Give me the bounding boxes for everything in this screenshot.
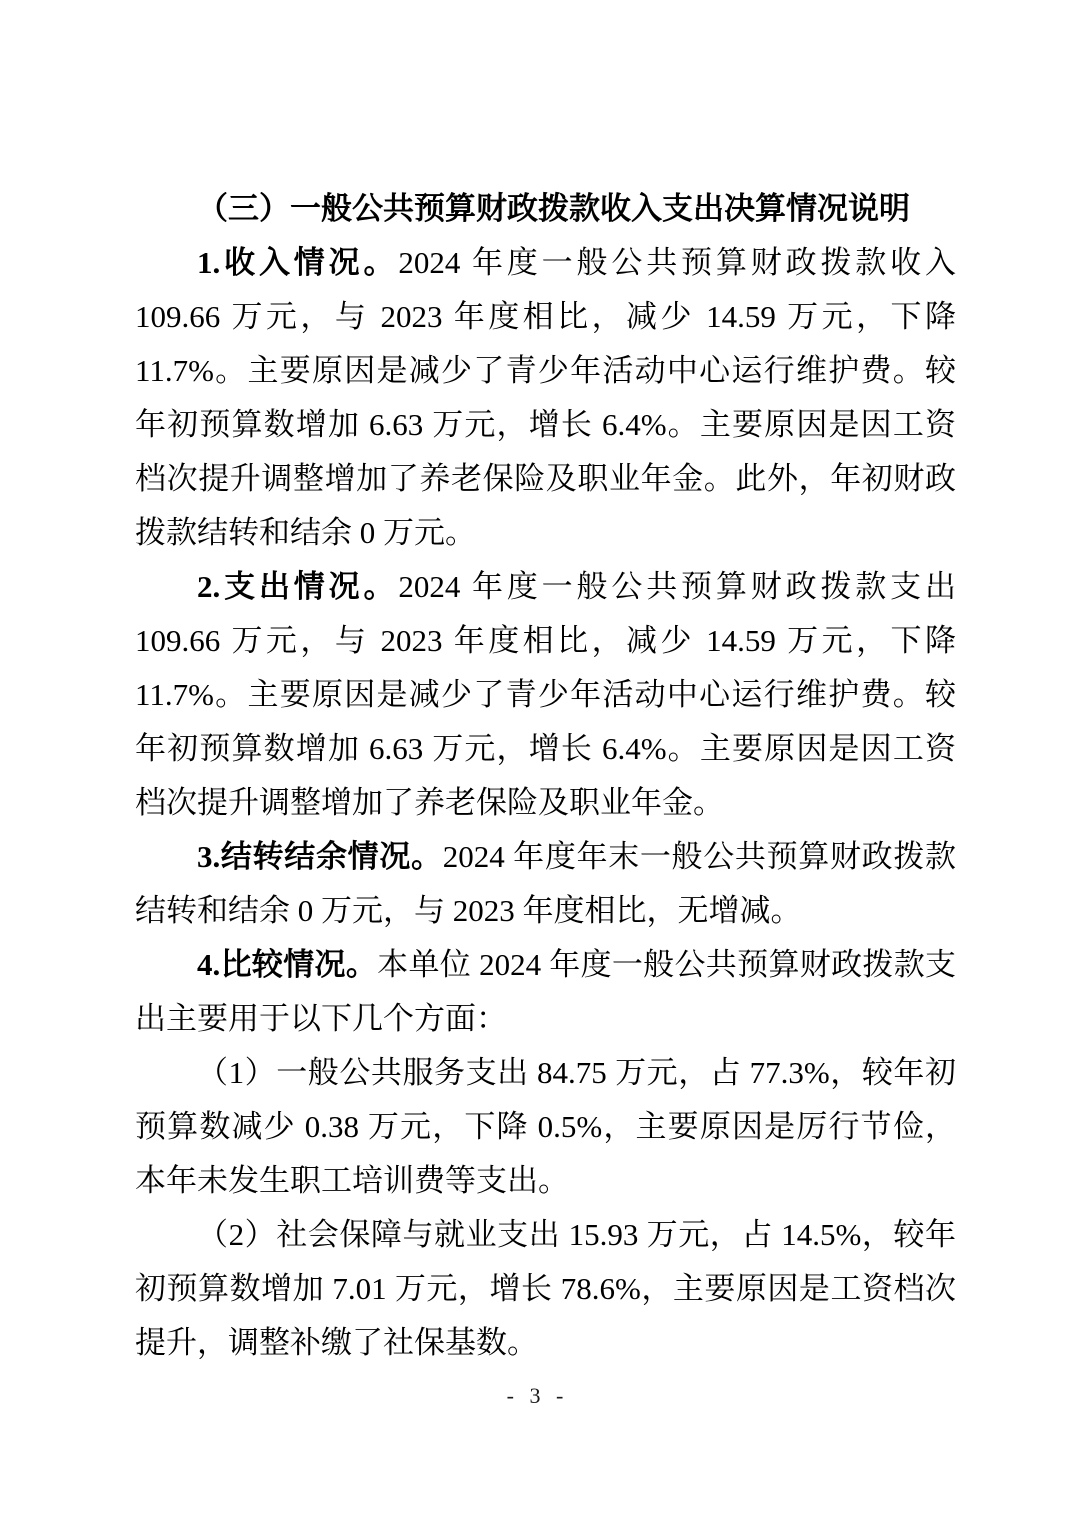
page-number: - 3 - [0, 1383, 1075, 1409]
paragraph-expenditure-text: 2024 年度一般公共预算财政拨款支出 109.66 万元，与 2023 年度相… [135, 569, 956, 820]
paragraph-item-2-text: （2）社会保障与就业支出 15.93 万元，占 14.5%，较年初预算数增加 7… [135, 1217, 956, 1360]
paragraph-comparison-lead: 4.比较情况。 [197, 947, 377, 982]
section-heading: （三）一般公共预算财政拨款收入支出决算情况说明 [135, 182, 956, 236]
paragraph-item-2: （2）社会保障与就业支出 15.93 万元，占 14.5%，较年初预算数增加 7… [135, 1208, 956, 1370]
paragraph-item-1: （1）一般公共服务支出 84.75 万元，占 77.3%，较年初预算数减少 0.… [135, 1046, 956, 1208]
document-page: （三）一般公共预算财政拨款收入支出决算情况说明 1.收入情况。2024 年度一般… [0, 0, 1075, 1520]
paragraph-income: 1.收入情况。2024 年度一般公共预算财政拨款收入 109.66 万元，与 2… [135, 236, 956, 560]
paragraph-comparison: 4.比较情况。本单位 2024 年度一般公共预算财政拨款支出主要用于以下几个方面… [135, 938, 956, 1046]
paragraph-income-text: 2024 年度一般公共预算财政拨款收入 109.66 万元，与 2023 年度相… [135, 245, 956, 550]
paragraph-item-1-text: （1）一般公共服务支出 84.75 万元，占 77.3%，较年初预算数减少 0.… [135, 1055, 956, 1198]
paragraph-expenditure-lead: 2.支出情况。 [197, 569, 398, 604]
paragraph-income-lead: 1.收入情况。 [197, 245, 398, 280]
paragraph-expenditure: 2.支出情况。2024 年度一般公共预算财政拨款支出 109.66 万元，与 2… [135, 560, 956, 830]
paragraph-carryover: 3.结转结余情况。2024 年度年末一般公共预算财政拨款结转和结余 0 万元，与… [135, 830, 956, 938]
paragraph-carryover-lead: 3.结转结余情况。 [197, 839, 443, 874]
document-body: （三）一般公共预算财政拨款收入支出决算情况说明 1.收入情况。2024 年度一般… [135, 182, 956, 1370]
